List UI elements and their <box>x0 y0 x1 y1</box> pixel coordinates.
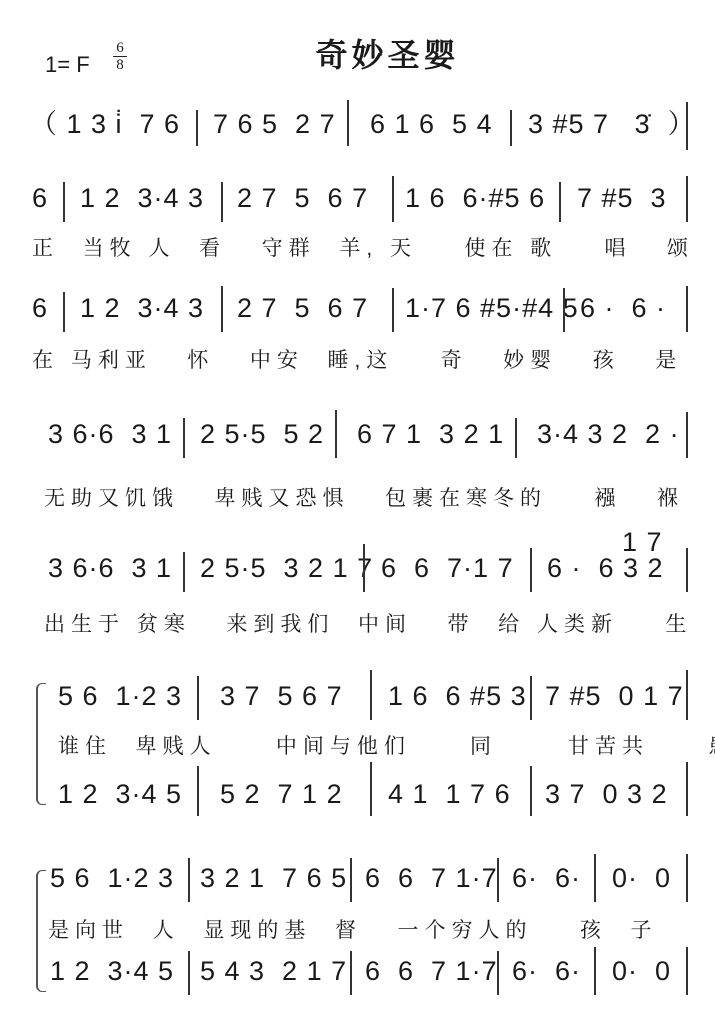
barline <box>530 548 532 592</box>
measure-4: 6 · 6 · <box>580 292 666 324</box>
score-line-2: 6 1 2 3·4 3 2 7 5 6 7 1 6 6·#5 6 7 #5 3 … <box>0 182 715 262</box>
barline <box>63 292 65 332</box>
barline <box>196 110 198 146</box>
measure-3: 6 6 7·1 7 <box>381 552 514 584</box>
score-line-5: 1 7 3 6·6 3 1 2 5·5 3 2 1 7 6 6 7·1 7 6 … <box>0 552 715 642</box>
measure-1: 1 2 3·4 5 <box>50 955 174 987</box>
barline <box>221 286 223 332</box>
lyrics-line-2: 正 当牧 人 看 守群 羊, 天 使在 歌 唱 颂 扬。 <box>32 232 715 262</box>
score-line-3: 6 1 2 3·4 3 2 7 5 6 7 1·7 6 #5·#4 5 6 · … <box>0 292 715 372</box>
measure-2: 2 5·5 5 2 <box>200 418 324 450</box>
measure-2: 5 2 7 1 2 <box>220 778 343 810</box>
measure-5: 0· 0 <box>612 955 671 987</box>
barline <box>686 286 688 332</box>
measure-1: 5 6 1·2 3 <box>50 862 174 894</box>
barline <box>497 951 499 995</box>
measure-2: 2 7 5 6 7 <box>237 292 368 324</box>
song-title: 奇妙圣婴 <box>0 30 715 76</box>
lyrics-line-5: 出生于 贫寒 来到我们 中间 带 给 人类新 生 命这是 <box>44 608 715 638</box>
barline <box>530 676 532 720</box>
barline <box>686 762 688 816</box>
barline <box>370 670 372 720</box>
measure-2: 5 4 3 2 1 7 <box>200 955 347 987</box>
measure-4: 6 · 6 3 2 <box>547 552 664 584</box>
barline <box>686 854 688 902</box>
barline <box>347 100 349 146</box>
score-line-4: 3 6·6 3 1 2 5·5 5 2 6 7 1 3 2 1 3·4 3 2 … <box>0 418 715 508</box>
barline <box>559 182 561 222</box>
barline <box>392 176 394 222</box>
measure-4: 3 7 0 3 2 <box>545 778 668 810</box>
score-line-7-upper: 5 6 1·2 3 3 2 1 7 6 5 6 6 7 1·7 6· 6· 0·… <box>0 862 715 942</box>
barline <box>686 670 688 720</box>
barline <box>686 412 688 458</box>
measure-4: 7 #5 0 1 7 <box>545 680 684 712</box>
barline <box>183 552 185 592</box>
lyrics-line-3: 在 马利亚 怀 中安 睡,这 奇 妙婴 孩 是 谁? <box>32 344 715 374</box>
measure-4: 7 #5 3 <box>577 182 667 214</box>
barline <box>563 288 565 332</box>
measure-4: 6· 6· <box>512 955 581 987</box>
score-line-6-upper: 5 6 1·2 3 3 7 5 6 7 1 6 6 #5 3 7 #5 0 1 … <box>0 680 715 760</box>
measure-1: 3 6·6 3 1 <box>48 418 172 450</box>
measure-1: 1 2 3·4 5 <box>58 778 182 810</box>
barline <box>686 548 688 592</box>
measure-1: 5 6 1·2 3 <box>58 680 182 712</box>
barline <box>188 858 190 902</box>
measure-2: 2 5·5 3 2 1 7 <box>200 552 373 584</box>
barline <box>510 110 512 146</box>
barline <box>197 766 199 816</box>
measure-3: 6 7 1 3 2 1 <box>357 418 504 450</box>
barline <box>686 176 688 222</box>
barline <box>188 951 190 995</box>
measure-1: 1 2 3·4 3 <box>80 292 204 324</box>
barline <box>392 288 394 332</box>
measure-4: 6· 6· <box>512 862 581 894</box>
lyrics-line-6: 谁住 卑贱人 中间与他们 同 甘苦共 患难? 这就 <box>58 730 715 760</box>
barline <box>63 182 65 222</box>
score-line-7-lower: 1 2 3·4 5 5 4 3 2 1 7 6 6 7 1·7 6· 6· 0·… <box>0 955 715 1005</box>
measure-3: 1 6 6 #5 3 <box>388 680 527 712</box>
measure-3: 1·7 6 #5·#4 5 <box>405 292 579 324</box>
measure-3: 6 6 7 1·7 <box>365 862 498 894</box>
barline <box>686 947 688 995</box>
measure-5: 0· 0 <box>612 862 671 894</box>
score-line-1: （ 1 3 i̇ 7 6 7 6 5 2 7 6 1 6 5 4 3 #5 7 … <box>0 108 715 158</box>
barline <box>335 410 337 458</box>
barline <box>183 418 185 458</box>
measure-1: 3 6·6 3 1 <box>48 552 172 584</box>
measure-2: 2 7 5 6 7 <box>237 182 368 214</box>
measure-1: 1 2 3·4 3 <box>80 182 204 214</box>
lyrics-line-4: 无助又饥饿 卑贱又恐惧 包裹在寒冬的 襁 褓 里 <box>44 482 715 512</box>
barline <box>594 854 596 902</box>
barline <box>197 676 199 720</box>
pickup-measure: 6 <box>32 292 48 324</box>
measure-3: 6 1 6 5 4 <box>370 108 493 140</box>
score-line-6-lower: 1 2 3·4 5 5 2 7 1 2 4 1 1 7 6 3 7 0 3 2 <box>0 778 715 828</box>
measure-3: 4 1 1 7 6 <box>388 778 511 810</box>
measure-2: 3 7 5 6 7 <box>220 680 343 712</box>
barline <box>363 544 365 592</box>
measure-3: 1 6 6·#5 6 <box>405 182 545 214</box>
measure-2: 7 6 5 2 7 <box>213 108 336 140</box>
barline <box>221 182 223 222</box>
lyrics-line-7: 是向世 人 显现的基 督 一个穷人的 孩 子 <box>48 914 658 944</box>
barline <box>515 418 517 458</box>
barline <box>350 951 352 995</box>
measure-1: （ 1 3 i̇ 7 6 <box>30 108 180 140</box>
pickup-measure: 6 <box>32 182 48 214</box>
measure-4: 3 #5 7 3̇ ） <box>528 108 696 140</box>
barline <box>594 947 596 995</box>
measure-3: 6 6 7 1·7 <box>365 955 498 987</box>
barline <box>370 762 372 816</box>
measure-2: 3 2 1 7 6 5 <box>200 862 347 894</box>
barline <box>530 766 532 816</box>
measure-4: 3·4 3 2 2 · <box>537 418 680 450</box>
barline <box>686 102 688 150</box>
barline <box>350 858 352 902</box>
barline <box>497 858 499 902</box>
